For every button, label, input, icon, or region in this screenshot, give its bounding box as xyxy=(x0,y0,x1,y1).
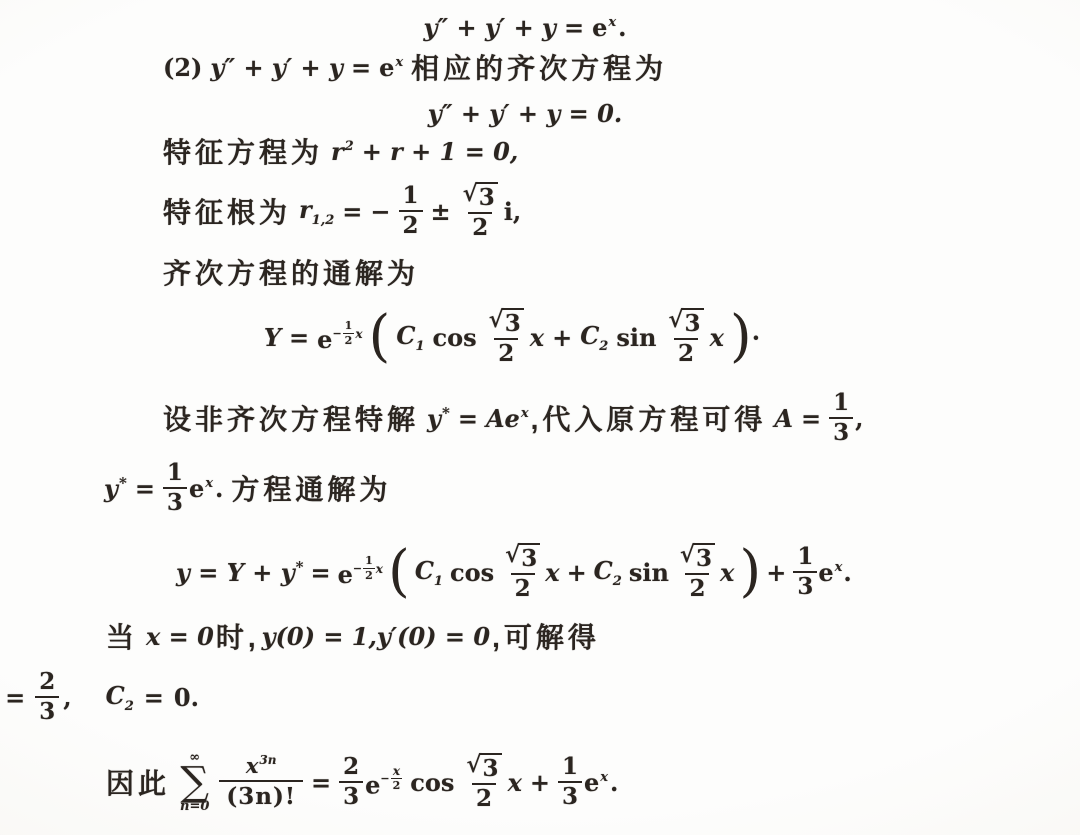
subscript-1: 1 xyxy=(434,574,443,589)
period: . xyxy=(215,474,223,503)
radicand-3: 3 xyxy=(693,543,715,572)
homogeneous-general-solution: Y = e−12x ( C1 cos √3 2 x + C2 sin √3 2 … xyxy=(0,300,1052,374)
fraction-one-third: 1 3 xyxy=(793,544,817,600)
plus-sign: + xyxy=(552,323,572,352)
x-var: x xyxy=(720,558,734,587)
r-var: r xyxy=(299,195,312,224)
e-to-x: ex xyxy=(189,474,213,503)
comma: , xyxy=(63,683,71,712)
radical-sign: √ xyxy=(668,307,683,333)
C2-var: C2 xyxy=(594,556,622,589)
sigma-icon: ∑ xyxy=(180,765,209,799)
y-var: y xyxy=(427,404,441,433)
scanned-textbook-page: y″ + y′ + y = ex . (2) y″ + y′ + y = ex … xyxy=(0,0,1080,835)
fraction-numerator: 1 xyxy=(399,183,423,210)
fraction-one-third: 1 3 xyxy=(558,754,582,810)
fraction-denominator: 2 xyxy=(511,573,535,602)
r-var: r xyxy=(331,137,344,166)
solve-label: ,可解得 xyxy=(492,616,600,656)
radical-sign: √ xyxy=(505,542,520,568)
equals-sign: = xyxy=(135,474,155,503)
e-base: e xyxy=(338,560,353,589)
subscript-1: 1 xyxy=(415,339,424,354)
fraction-sqrt3-over-2: √3 2 xyxy=(664,308,707,367)
eq1-lhs: y″ + y′ + y xyxy=(423,13,556,42)
fraction-numerator: √3 xyxy=(459,182,502,212)
item-label: (2) xyxy=(163,53,202,82)
x-var: x xyxy=(246,754,259,778)
characteristic-equation-line: 特征方程为 r2 + r + 1 = 0, xyxy=(163,132,518,170)
C-base: C xyxy=(106,681,125,710)
e-to-minus-half-x: e−12x xyxy=(338,555,383,589)
e-base: e xyxy=(317,325,332,354)
sqrt-3: √3 xyxy=(489,308,524,337)
fraction-denominator: 2 xyxy=(399,210,423,239)
radicand-3: 3 xyxy=(682,308,704,337)
C-base: C xyxy=(580,321,599,350)
setup-label: 设非齐次方程特解 xyxy=(163,398,419,438)
sqrt-3: √3 xyxy=(680,543,715,572)
C2-var: C2 xyxy=(106,681,134,714)
e-to-minus-half-x: e−12x xyxy=(317,320,362,354)
C1-var: C1 xyxy=(415,556,443,589)
A-e-to-x: Aex xyxy=(486,404,529,433)
sin-function: sin xyxy=(629,558,669,587)
fraction-numerator: 1 xyxy=(558,754,582,781)
r-squared: r2 xyxy=(331,137,354,166)
mini-numerator: x xyxy=(391,765,402,779)
end-period: . xyxy=(610,768,618,797)
right-paren: ) xyxy=(730,309,752,365)
imaginary-i-comma: i, xyxy=(504,197,521,226)
fraction-numerator: 2 xyxy=(35,669,59,696)
fraction-denominator: 3 xyxy=(35,696,59,725)
fraction-sqrt3-over-2: √3 2 xyxy=(501,543,544,602)
mini-fraction-one-half: 12 xyxy=(363,555,375,582)
e-base: e xyxy=(365,770,380,799)
sum-lower-limit: n=0 xyxy=(180,800,209,813)
equals-sign: = xyxy=(5,683,25,712)
mini-denominator: 2 xyxy=(343,333,355,348)
e-base: e xyxy=(592,13,607,42)
C-base: C xyxy=(594,556,613,585)
left-paren: ( xyxy=(368,309,390,365)
zero-period: 0. xyxy=(174,683,199,712)
equals-sign: = xyxy=(311,768,331,797)
sin-function: sin xyxy=(616,323,656,352)
equation-homogeneous: y″ + y′ + y = 0. xyxy=(0,96,1065,130)
when-label: 当 xyxy=(106,616,138,656)
char-eq-rest: + r + 1 = 0, xyxy=(362,137,519,166)
C2-var: C2 xyxy=(580,321,608,354)
fraction-denominator: 2 xyxy=(674,338,698,367)
equals-sign: = xyxy=(801,404,821,433)
radical-sign: √ xyxy=(463,181,478,207)
subscript-12: 1,2 xyxy=(312,213,335,228)
period: . xyxy=(618,13,626,42)
fraction-x3n-over-3n-factorial: x3n (3n)! xyxy=(219,754,303,809)
sqrt-3: √3 xyxy=(668,308,703,337)
y-star: y* xyxy=(427,404,450,433)
star-superscript: * xyxy=(296,558,304,576)
exponent-2: 2 xyxy=(345,139,354,154)
subscript-2: 2 xyxy=(613,574,622,589)
fraction-one-third: 1 3 xyxy=(829,390,853,446)
char-roots-label: 特征根为 xyxy=(163,191,291,231)
end-period: · xyxy=(752,323,760,352)
exponent-x: x xyxy=(376,563,383,575)
exponent-x: x xyxy=(205,476,213,491)
homogeneous-solution-label: 齐次方程的通解为 xyxy=(163,254,419,290)
mini-fraction-x-half: x2 xyxy=(391,765,403,793)
e-to-x: ex xyxy=(818,558,842,587)
e-to-x: ex xyxy=(584,768,608,797)
exponent-minus-x-half: −x2 xyxy=(380,765,402,793)
exponent-3n: 3n xyxy=(259,754,276,767)
end-period: . xyxy=(843,558,851,587)
fraction-two-thirds: 2 3 xyxy=(35,669,59,725)
radical-sign: √ xyxy=(466,752,481,778)
fraction-denominator: 2 xyxy=(494,338,518,367)
r-sub-12: r1,2 xyxy=(299,195,334,228)
radicand-3: 3 xyxy=(518,543,540,572)
star-superscript: * xyxy=(119,474,127,492)
fraction-denominator: 2 xyxy=(468,212,492,241)
plus-sign: + xyxy=(530,768,550,797)
radicand-3: 3 xyxy=(476,182,498,211)
equals-sign: = xyxy=(342,197,362,226)
equals-sign: = xyxy=(351,53,371,82)
series-result-line: 因此 ∞ ∑ n=0 x3n (3n)! = 2 3 e−x2 cos √3 2… xyxy=(106,744,618,820)
summation-symbol: ∞ ∑ n=0 xyxy=(180,751,209,813)
exponent-x: x xyxy=(608,15,616,30)
particular-solution-value-line: y* = 1 3 ex . 方程通解为 xyxy=(104,460,391,516)
e-to-x: ex xyxy=(379,53,403,82)
time-label: 时, xyxy=(216,616,260,656)
general-solution-line: y = Y + y* = e−12x ( C1 cos √3 2 x + C2 … xyxy=(176,535,852,609)
fraction-numerator: 1 xyxy=(829,390,853,417)
equals-sign: = xyxy=(564,13,584,42)
minus-sign: − xyxy=(370,197,390,226)
particular-solution-setup-line: 设非齐次方程特解 y* = Aex ,代入原方程可得 A = 1 3 , xyxy=(163,390,863,446)
fraction-numerator: x3n xyxy=(239,754,284,780)
fraction-one-half: 1 2 xyxy=(399,183,423,239)
exponent-x: x xyxy=(395,55,403,70)
plus-sign: + xyxy=(567,558,587,587)
fraction-denominator: 3 xyxy=(339,781,363,810)
eq3-text: y″ + y′ + y = 0. xyxy=(428,99,622,128)
eq2-lhs: y″ + y′ + y xyxy=(210,53,343,82)
general-solution-label: 方程通解为 xyxy=(231,468,391,508)
lhs-text: y = Y + y xyxy=(176,558,295,587)
fraction-denominator: 3 xyxy=(163,487,187,516)
fraction-denominator: 3 xyxy=(558,781,582,810)
fraction-sqrt3-over-2: √3 2 xyxy=(485,308,528,367)
C1-var: C1 xyxy=(396,321,424,354)
sqrt-3: √3 xyxy=(466,753,501,782)
cos-function: cos xyxy=(450,558,494,587)
exponent-minus-half-x: −12x xyxy=(332,320,362,347)
equals-sign: = xyxy=(311,558,331,587)
mini-denominator: 2 xyxy=(391,778,403,793)
fraction-denominator: 2 xyxy=(472,783,496,812)
plus-minus-sign: ± xyxy=(431,197,451,226)
minus-sign: − xyxy=(332,328,341,339)
mini-denominator: 2 xyxy=(363,568,375,583)
e-base: e xyxy=(189,474,204,503)
cos-function: cos xyxy=(410,768,454,797)
mini-numerator: 1 xyxy=(343,320,355,333)
e-base: e xyxy=(584,768,599,797)
A-var: A xyxy=(774,404,793,433)
equation-nonhomogeneous: y″ + y′ + y = ex . xyxy=(0,10,1065,44)
fraction-sqrt3-over-2: √3 2 xyxy=(459,182,502,241)
subscript-2: 2 xyxy=(125,699,134,714)
exponent-x: x xyxy=(835,560,843,575)
x-var: x xyxy=(710,323,724,352)
fraction-numerator: √3 xyxy=(664,308,707,338)
subscript-2: 2 xyxy=(599,339,608,354)
fraction-sqrt3-over-2: √3 2 xyxy=(676,543,719,602)
equals-sign: = xyxy=(458,404,478,433)
radicand-3: 3 xyxy=(502,308,524,337)
radical-sign: √ xyxy=(489,307,504,333)
Ae-text: Ae xyxy=(486,404,520,433)
label-text: 齐次方程的通解为 xyxy=(163,252,419,292)
radicand-3: 3 xyxy=(480,753,502,782)
exponent-x: x xyxy=(521,406,529,421)
initial-conditions-line: 当 x = 0 时, y(0) = 1,y′(0) = 0 ,可解得 xyxy=(106,618,600,654)
fraction-sqrt3-over-2: √3 2 xyxy=(462,753,505,812)
exponent-x: x xyxy=(355,328,362,340)
left-paren: ( xyxy=(388,544,410,600)
x-var: x xyxy=(545,558,559,587)
e-base: e xyxy=(818,558,833,587)
radical-sign: √ xyxy=(680,542,695,568)
char-eq-label: 特征方程为 xyxy=(163,131,323,171)
x-equals-0: x = 0 xyxy=(146,622,214,651)
constants-line: C1 = 2 3 , C2 = 0. xyxy=(0,668,199,726)
minus-sign: − xyxy=(353,563,362,574)
fraction-numerator: √3 xyxy=(485,308,528,338)
y-var: y xyxy=(104,474,118,503)
mini-fraction-one-half: 12 xyxy=(343,320,355,347)
cos-function: cos xyxy=(432,323,476,352)
x-var: x xyxy=(530,323,544,352)
lhs-y-Y-ystar: y = Y + y* xyxy=(176,558,304,587)
fraction-numerator: √3 xyxy=(462,753,505,783)
fraction-numerator: 2 xyxy=(339,754,363,781)
right-paren: ) xyxy=(739,544,761,600)
fraction-numerator: 1 xyxy=(163,460,187,487)
substitute-text: ,代入原方程可得 xyxy=(531,398,767,438)
conditions-text: y(0) = 1,y′(0) = 0 xyxy=(262,622,490,651)
comma: , xyxy=(855,404,863,433)
fraction-denominator: 2 xyxy=(685,573,709,602)
fraction-denominator: (3n)! xyxy=(219,780,303,810)
fraction-denominator: 3 xyxy=(829,417,853,446)
e-to-minus-x-half: e−x2 xyxy=(365,765,402,800)
e-base: e xyxy=(379,53,394,82)
exponent-x: x xyxy=(600,770,608,785)
sqrt-3: √3 xyxy=(505,543,540,572)
characteristic-roots-line: 特征根为 r1,2 = − 1 2 ± √3 2 i, xyxy=(163,180,521,242)
exponent-minus-half-x: −12x xyxy=(353,555,383,582)
C-base: C xyxy=(396,321,415,350)
x-var: x xyxy=(508,768,522,797)
item-2-heading: (2) y″ + y′ + y = ex 相应的齐次方程为 xyxy=(163,48,667,86)
therefore-label: 因此 xyxy=(106,762,170,802)
star-superscript: * xyxy=(442,404,450,422)
fraction-one-third: 1 3 xyxy=(163,460,187,516)
equals-sign: = xyxy=(289,323,309,352)
fraction-numerator: 1 xyxy=(793,544,817,571)
fraction-two-thirds: 2 3 xyxy=(339,754,363,810)
fraction-numerator: √3 xyxy=(501,543,544,573)
plus-sign: + xyxy=(766,558,786,587)
Y-var: Y xyxy=(264,323,281,352)
fraction-numerator: √3 xyxy=(676,543,719,573)
C-base: C xyxy=(415,556,434,585)
sqrt-3: √3 xyxy=(463,182,498,211)
heading-text: 相应的齐次方程为 xyxy=(411,47,667,87)
fraction-denominator: 3 xyxy=(793,571,817,600)
e-to-x: ex xyxy=(592,13,616,42)
mini-numerator: 1 xyxy=(363,555,375,568)
y-star: y* xyxy=(104,474,127,503)
equals-sign: = xyxy=(144,683,164,712)
minus-sign: − xyxy=(380,773,389,784)
